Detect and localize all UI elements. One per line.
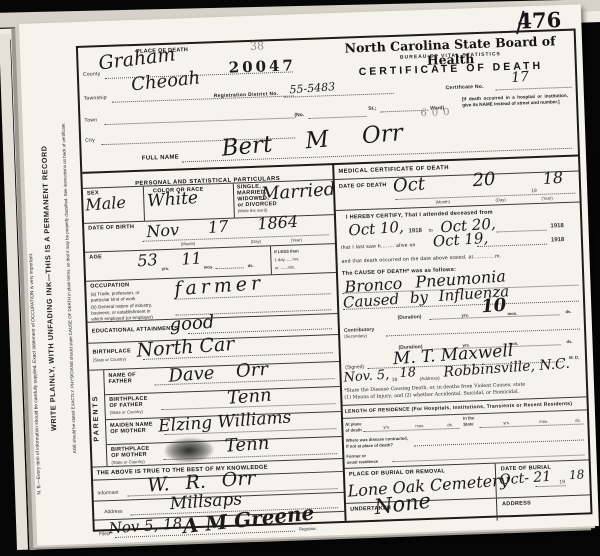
dotted-line: [386, 329, 580, 337]
undertaker-value: None: [373, 490, 432, 518]
education-value: good: [169, 314, 215, 335]
attended-from-value: Oct 10,: [348, 220, 404, 239]
filed-row: Filed Registrar. Nov 5, 18 A M Greene: [94, 512, 345, 545]
age-years-value: 53: [137, 252, 158, 269]
margin-note-instructions: AGE should be stated EXACTLY. PHYSICIANS…: [58, 57, 79, 517]
month-hint: (Month): [181, 241, 196, 247]
filed-date-value: Nov 5, 18: [108, 516, 182, 536]
residence-block: LENGTH OF RESIDENCE (For Hospitals, Inst…: [343, 397, 589, 468]
undertaker-row: UNDERTAKER None ADDRESS: [346, 495, 591, 526]
age-months-value: 11: [181, 250, 202, 267]
dotted-line: [496, 87, 572, 91]
ds-unit: ds.: [566, 339, 572, 344]
dotted-line: [497, 230, 547, 233]
yrs-unit: yrs.: [503, 420, 510, 425]
year-prefix: 19: [392, 377, 398, 383]
township-label: Township: [84, 95, 107, 102]
year-prefix: 19: [531, 188, 537, 194]
date-of-death-value: Oct 20: [392, 171, 496, 196]
occupation-label: OCCUPATION: [90, 282, 129, 289]
in-the-label: In the: [463, 415, 474, 420]
dob-label: DATE OF BIRTH: [88, 224, 134, 232]
marital-hint: (Write the word): [238, 207, 268, 213]
ds-unit: ds.: [447, 422, 453, 427]
state-country-hint: (State or Country): [93, 356, 126, 362]
if-less-label: If LESS than: [274, 248, 299, 254]
marital-value: Married: [261, 181, 336, 204]
ds-unit: ds.: [565, 309, 571, 314]
hospital-note: [If death occurred in a hospital or inst…: [462, 93, 568, 108]
certificate-no-value: 17: [511, 70, 530, 85]
parents-block: PARENTS NAME OF FATHER Dave Orr BIRTHPLA…: [89, 362, 342, 468]
father-birthplace-value: Tenn: [227, 387, 273, 408]
secondary-label: (Secondary): [344, 333, 367, 339]
mos-unit: mos.: [539, 419, 548, 424]
last-saw-year: 1918: [551, 237, 565, 243]
undertaker-address-label: ADDRESS: [502, 500, 531, 507]
cell-divider: [233, 184, 235, 218]
cell-divider: [270, 246, 272, 274]
city-label: City: [85, 137, 95, 143]
where-contracted-label: if not at place of death?: [346, 442, 393, 449]
month-hint: (Month): [435, 199, 450, 205]
town-label: Town: [84, 117, 97, 123]
dotted-line: [363, 428, 459, 432]
at-place-label: of death: [345, 427, 361, 433]
attended-from-year: 1918: [408, 228, 422, 234]
certificate-form: PLACE OF DEATH County Graham 38 20047 To…: [76, 29, 593, 532]
age-label: AGE: [89, 254, 102, 260]
birthplace-label: BIRTHPLACE: [92, 348, 131, 355]
burial-date-year: 18: [569, 468, 585, 481]
attended-to-year: 1918: [550, 223, 564, 229]
st-hint: St.;: [368, 106, 376, 112]
at-place-label: At place: [345, 421, 361, 427]
signed-date-value: Nov. 5,: [343, 368, 389, 384]
mother-name-label: OF MOTHER: [110, 428, 146, 435]
ds-unit: ds.: [575, 418, 581, 423]
informant-label: Informant: [97, 490, 118, 497]
date-of-death-year-value: 18: [542, 170, 563, 187]
if-less-label: 1 day,......hrs.: [274, 256, 299, 262]
header-section: PLACE OF DEATH County Graham 38 20047 To…: [78, 31, 577, 146]
dotted-line: [216, 267, 244, 269]
county-value: Graham: [97, 45, 176, 73]
cell-divider: [496, 499, 498, 521]
stamp-number: 20047: [228, 56, 296, 76]
in-the-label: State: [463, 421, 473, 426]
md-label: M. D.: [569, 355, 579, 360]
signed-address-label: (Address): [420, 376, 440, 382]
pencil-note: 38: [250, 39, 264, 52]
yrs-unit: yrs.: [383, 424, 390, 429]
date-of-death-label: DATE OF DEATH: [339, 182, 387, 190]
ink-smudge: [165, 437, 214, 463]
dotted-line: [479, 424, 583, 429]
burial-date-value: Oct- 21: [499, 470, 552, 488]
father-birthplace-label: OF FATHER: [109, 402, 143, 409]
occupation-a-label: particular kind of work: [91, 296, 136, 303]
day-hint: (Day): [251, 239, 261, 244]
full-name-label: FULL NAME: [142, 154, 179, 161]
dotted-line: [536, 485, 566, 487]
last-saw-line: that I last saw h........ alive on: [341, 242, 416, 251]
ds-unit: ds.: [248, 263, 254, 268]
if-less-label: or........min.: [275, 264, 296, 270]
father-name-label: FATHER: [109, 378, 133, 385]
mother-birthplace-value: Tenn: [224, 435, 270, 456]
sex-value: Male: [85, 195, 127, 214]
parents-label: PARENTS: [92, 380, 102, 456]
year-hint: (Year): [291, 237, 302, 242]
county-label: County: [83, 71, 101, 78]
duration-label: (Duration): [397, 314, 421, 321]
address-label: Address: [104, 509, 123, 516]
day-hint: (Day): [495, 197, 505, 202]
dotted-line: [414, 440, 584, 447]
medical-section: MEDICAL CERTIFICATE OF DEATH DATE OF DEA…: [332, 155, 590, 521]
former-residence-label: usual residence: [346, 459, 378, 465]
state-country-hint: (State or Country): [110, 409, 143, 415]
cell-divider: [143, 187, 145, 221]
mos-unit: mos.: [415, 423, 424, 428]
race-value: White: [147, 190, 199, 210]
dotted-line: [105, 117, 295, 125]
pencil-number: 600: [420, 107, 454, 119]
dotted-line: [309, 116, 367, 119]
certificate-no-label: Certificate No.: [445, 84, 484, 91]
duration-value: 10: [481, 297, 507, 317]
former-residence-label: Former or: [346, 453, 366, 459]
no-hint: (No.: [294, 112, 304, 118]
personal-section: PERSONAL AND STATISTICAL PARTICULARS SEX…: [82, 163, 344, 532]
registration-district-value: 55-5483: [289, 81, 335, 95]
registrar-label: Registrar.: [299, 526, 317, 532]
cause-of-death-block: The CAUSE OF DEATH* was as follows: Bron…: [338, 260, 584, 324]
township-value: Cheoah: [130, 69, 201, 94]
education-label: EDUCATIONAL ATTAINMENTS: [92, 326, 179, 335]
certificate-sheet: N. B.—Every item of information should b…: [19, 4, 599, 545]
certify-block: I HEREBY CERTIFY, That I attended deceas…: [336, 203, 582, 269]
registration-district-label: Registration District No.: [214, 91, 279, 99]
yrs-unit: yrs.: [162, 266, 170, 271]
mos-unit: mos.: [204, 264, 214, 269]
state-country-hint: (State or Country): [111, 459, 144, 465]
year-hint: (Year): [541, 195, 552, 200]
signed-year-value: 18: [399, 366, 416, 380]
